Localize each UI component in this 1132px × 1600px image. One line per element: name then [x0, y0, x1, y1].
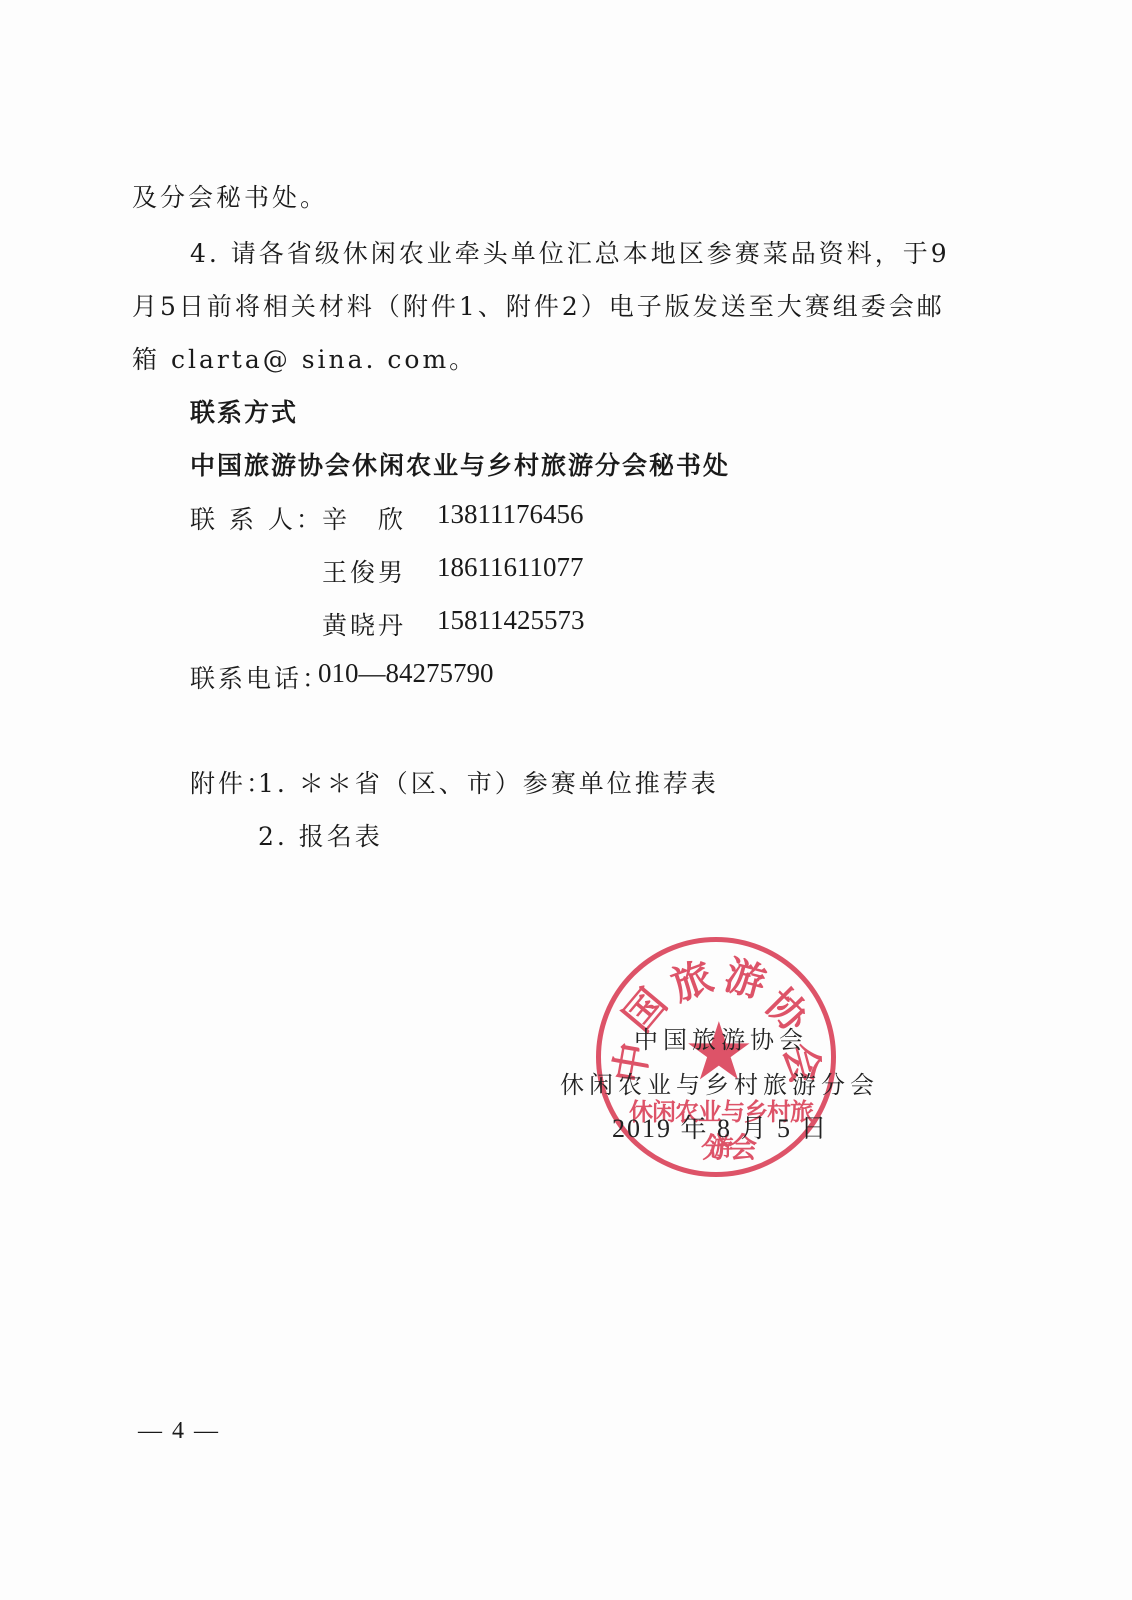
contact-name-3: 黄晓丹: [322, 606, 406, 642]
signature-org-2: 休闲农业与乡村旅游分会: [560, 1065, 879, 1100]
attachment-2: 2. 报名表: [258, 817, 383, 853]
contact-name-2: 王俊男: [322, 553, 406, 589]
signature-date: 2019 年 8 月 5 日: [612, 1108, 829, 1145]
item-4-line-2: 月5日前将相关材料（附件1、附件2）电子版发送至大赛组委会邮: [132, 287, 945, 323]
contact-name-1: 辛 欣: [322, 500, 406, 536]
contact-tel: 010—84275790: [318, 658, 494, 689]
body-line-1: 及分会秘书处。: [132, 178, 328, 214]
item-4-line-1: 4. 请各省级休闲农业牵头单位汇总本地区参赛菜品资料，于9: [190, 234, 950, 270]
seal-char: 游: [719, 944, 772, 1009]
contact-person-label: 联 系 人：: [190, 500, 324, 536]
item-4-line-3: 箱 clarta@ sina. com。: [132, 340, 477, 376]
page-number: — 4 —: [138, 1418, 220, 1445]
seal-char: 旅: [662, 945, 719, 1012]
contact-org: 中国旅游协会休闲农业与乡村旅游分会秘书处: [190, 446, 730, 482]
contact-phone-3: 15811425573: [437, 605, 585, 636]
attachment-1: 1. ＊＊省（区、市）参赛单位推荐表: [258, 764, 719, 800]
contact-phone-2: 18611611077: [437, 552, 584, 583]
signature-org-1: 中国旅游协会: [634, 1020, 808, 1055]
contact-heading: 联系方式: [190, 393, 298, 429]
contact-phone-1: 13811176456: [437, 499, 584, 530]
contact-tel-label: 联系电话：: [190, 659, 330, 695]
